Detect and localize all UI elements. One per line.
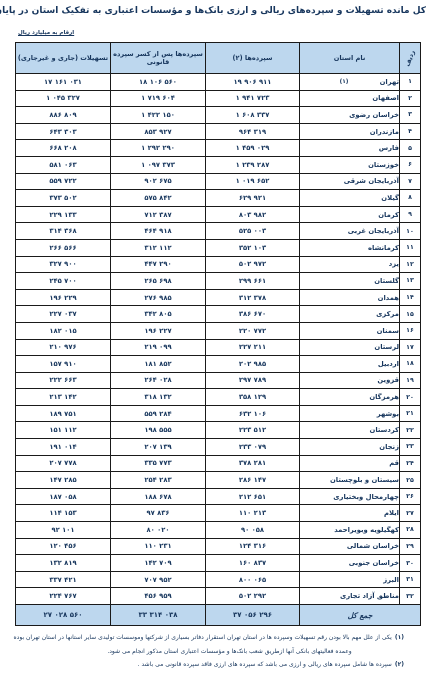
province-name: خوزستان	[368, 161, 399, 169]
facilities-cell: ۱۱۴ ۱۵۳	[16, 505, 111, 522]
province-name: آذربایجان غربی	[348, 227, 399, 235]
province-name: خراسان شمالی	[347, 542, 399, 550]
province-name: خراسان رضوی	[349, 111, 399, 119]
province-name-cell: اصفهان	[300, 90, 400, 107]
footnote-1-marker: (۱)	[395, 634, 404, 641]
deposits-after-cell: ۱۸۱ ۸۵۲	[111, 356, 206, 373]
province-name: فارس	[379, 144, 399, 152]
facilities-cell: ۲۲۷ ۰۳۷	[16, 306, 111, 323]
province-name-cell: کهگیلویه وبویراحمد	[300, 522, 400, 539]
province-name-cell: سیستان و بلوچستان	[300, 472, 400, 489]
deposits-after-cell: ۲۱۹ ۰۹۹	[111, 339, 206, 356]
deposits-cell: ۱ ۶۰۸ ۳۳۷	[206, 107, 300, 124]
deposits-cell: ۲۱۲ ۶۵۱	[206, 488, 300, 505]
province-name: اردبیل	[378, 360, 399, 368]
province-name-cell: تهران(۱)	[300, 74, 400, 91]
facilities-cell: ۳۷۳ ۵۰۲	[16, 190, 111, 207]
province-name-cell: گلستان	[300, 273, 400, 290]
footnotes: (۱)یکی از علل مهم بالا بودن رقم تسهیلات …	[15, 631, 404, 672]
table-row: ۲اصفهان۱ ۹۴۱ ۷۲۳۱ ۷۱۹ ۶۰۴۱ ۰۴۵ ۳۲۷	[16, 90, 421, 107]
deposits-after-cell: ۵۵۹ ۲۸۴	[111, 405, 206, 422]
province-name: خراسان جنوبی	[349, 559, 399, 567]
facilities-cell: ۳۳۷ ۴۲۱	[16, 571, 111, 588]
deposits-cell: ۲۰۲ ۹۸۵	[206, 356, 300, 373]
facilities-cell: ۱۴۷ ۲۸۵	[16, 472, 111, 489]
province-name-cell: همدان	[300, 289, 400, 306]
row-index-cell: ۴	[400, 123, 421, 140]
table-row: ۲۲کردستان۲۲۳ ۵۱۲۱۹۸ ۵۵۵۱۵۱ ۱۱۲	[16, 422, 421, 439]
header-cell-row: ردیف	[400, 43, 421, 74]
deposits-cell: ۲۹۹ ۶۶۱	[206, 273, 300, 290]
row-index-cell: ۱۸	[400, 356, 421, 373]
row-index-cell: ۹	[400, 206, 421, 223]
table-row: ۱۰آذربایجان غربی۵۲۵ ۰۰۳۴۶۴ ۹۱۸۳۱۴ ۳۶۸	[16, 223, 421, 240]
total-deposits-cell: ۳۷ ۰۵۶ ۲۹۶	[206, 605, 300, 626]
row-index-cell: ۲۴	[400, 455, 421, 472]
table-row: ۷آذربایجان شرقی۱ ۰۱۹ ۶۵۲۹۰۲ ۶۷۵۵۵۹ ۷۲۲	[16, 173, 421, 190]
row-index-cell: ۲	[400, 90, 421, 107]
deposits-after-cell: ۱۱۰ ۲۳۱	[111, 538, 206, 555]
facilities-cell: ۲۲۲ ۶۶۳	[16, 372, 111, 389]
row-index-cell: ۲۳	[400, 439, 421, 456]
table-row: ۲۳زنجان۲۳۳ ۰۷۹۲۰۷ ۱۳۹۱۹۱ ۰۱۴	[16, 439, 421, 456]
footnote-1-line-2: وعمده فعالیتهای بانکی آنها ازطریق شعب با…	[15, 645, 404, 659]
row-index-cell: ۱۳	[400, 273, 421, 290]
table-row: ۱۵مرکزی۳۸۶ ۶۷۰۳۴۲ ۸۰۵۲۲۷ ۰۳۷	[16, 306, 421, 323]
facilities-cell: ۲۴۵ ۷۰۰	[16, 273, 111, 290]
row-index-cell: ۲۸	[400, 522, 421, 539]
province-name: مازندران	[370, 128, 399, 136]
province-name-cell: ایلام	[300, 505, 400, 522]
province-name-cell: خوزستان	[300, 156, 400, 173]
province-name-cell: اردبیل	[300, 356, 400, 373]
table-row: ۳۲مناطق آزاد تجاری۵۰۲ ۲۹۲۴۵۶ ۹۵۹۲۲۴ ۷۶۷	[16, 588, 421, 605]
table-body: ۱تهران(۱)۱۹ ۹۰۶ ۹۱۱۱۸ ۱۰۶ ۵۶۰۱۷ ۱۶۱ ۰۳۱۲…	[16, 74, 421, 605]
province-name-cell: خراسان جنوبی	[300, 555, 400, 572]
facilities-cell: ۱ ۰۴۵ ۳۲۷	[16, 90, 111, 107]
table-row: ۲۶چهارمحال وبختیاری۲۱۲ ۶۵۱۱۸۸ ۶۷۸۱۸۷ ۰۵۸	[16, 488, 421, 505]
facilities-cell: ۲۲۹ ۱۳۳	[16, 206, 111, 223]
deposits-after-cell: ۸۰ ۰۲۰	[111, 522, 206, 539]
facilities-cell: ۱۸۲ ۰۱۵	[16, 322, 111, 339]
facilities-cell: ۲۶۶ ۵۶۶	[16, 239, 111, 256]
province-name: اصفهان	[372, 94, 399, 102]
deposits-after-cell: ۲۷۶ ۹۸۵	[111, 289, 206, 306]
row-index-cell: ۱۱	[400, 239, 421, 256]
facilities-cell: ۲۱۳ ۱۴۲	[16, 389, 111, 406]
deposits-cell: ۶۳۲ ۱۰۶	[206, 405, 300, 422]
deposits-after-cell: ۸۵۳ ۹۲۷	[111, 123, 206, 140]
deposits-after-cell: ۳۱۲ ۱۱۲	[111, 239, 206, 256]
facilities-cell: ۱۳۲ ۸۱۹	[16, 555, 111, 572]
facilities-cell: ۶۴۳ ۳۰۳	[16, 123, 111, 140]
header-cell-deposits: سپرده‌ها (۲)	[206, 43, 300, 74]
deposits-after-cell: ۲۰۷ ۱۳۹	[111, 439, 206, 456]
deposits-cell: ۲۳۳ ۰۷۹	[206, 439, 300, 456]
province-name-cell: خراسان شمالی	[300, 538, 400, 555]
table-row: ۱تهران(۱)۱۹ ۹۰۶ ۹۱۱۱۸ ۱۰۶ ۵۶۰۱۷ ۱۶۱ ۰۳۱	[16, 74, 421, 91]
province-name: تهران	[380, 78, 399, 86]
deposits-after-cell: ۱ ۲۹۲ ۲۹۰	[111, 140, 206, 157]
table-row: ۱۲یزد۵۰۲ ۹۷۲۴۴۷ ۲۹۰۳۲۷ ۹۰۰	[16, 256, 421, 273]
deposits-cell: ۲۲۰ ۷۷۲	[206, 322, 300, 339]
province-name-cell: خراسان رضوی	[300, 107, 400, 124]
footnote-1-line-1: (۱)یکی از علل مهم بالا بودن رقم تسهیلات …	[15, 631, 404, 645]
deposits-after-cell: ۱ ۴۲۲ ۱۵۰	[111, 107, 206, 124]
table-row: ۱۸اردبیل۲۰۲ ۹۸۵۱۸۱ ۸۵۲۱۵۷ ۹۱۰	[16, 356, 421, 373]
deposits-cell: ۲۲۳ ۵۱۲	[206, 422, 300, 439]
deposits-cell: ۳۸۶ ۶۷۰	[206, 306, 300, 323]
table-row: ۱۷لرستان۲۲۷ ۲۱۱۲۱۹ ۰۹۹۲۱۰ ۹۷۶	[16, 339, 421, 356]
facilities-cell: ۳۲۷ ۹۰۰	[16, 256, 111, 273]
row-index-cell: ۱۹	[400, 372, 421, 389]
table-row: ۱۶سمنان۲۲۰ ۷۷۲۱۹۶ ۲۲۷۱۸۲ ۰۱۵	[16, 322, 421, 339]
province-name: مناطق آزاد تجاری	[340, 592, 399, 600]
deposits-after-cell: ۲۶۴ ۰۲۸	[111, 372, 206, 389]
row-index-cell: ۳۰	[400, 555, 421, 572]
deposits-after-cell: ۷۰۷ ۹۵۲	[111, 571, 206, 588]
province-name: لرستان	[374, 343, 399, 351]
province-name-cell: آذربایجان شرقی	[300, 173, 400, 190]
table-row: ۳۱البرز۸۰۰ ۰۶۵۷۰۷ ۹۵۲۳۳۷ ۴۲۱	[16, 571, 421, 588]
table-row: ۱۳گلستان۲۹۹ ۶۶۱۲۶۵ ۶۹۸۲۴۵ ۷۰۰	[16, 273, 421, 290]
province-name-cell: مرکزی	[300, 306, 400, 323]
deposits-after-cell: ۲۶۵ ۶۹۸	[111, 273, 206, 290]
deposits-after-cell: ۹۰۲ ۶۷۵	[111, 173, 206, 190]
province-name: سیستان و بلوچستان	[330, 476, 399, 484]
deposits-cell: ۸۰۰ ۰۶۵	[206, 571, 300, 588]
total-row: جمع کل ۳۷ ۰۵۶ ۲۹۶ ۳۳ ۳۱۴ ۰۳۸ ۲۷ ۰۲۸ ۵۶۰	[16, 605, 421, 626]
deposits-cell: ۱۶۰ ۸۳۷	[206, 555, 300, 572]
footnote-2-marker: (۲)	[395, 661, 404, 668]
row-index-cell: ۲۱	[400, 405, 421, 422]
deposits-cell: ۱ ۲۳۹ ۲۸۷	[206, 156, 300, 173]
province-name-cell: آذربایجان غربی	[300, 223, 400, 240]
row-index-cell: ۱۶	[400, 322, 421, 339]
row-index-cell: ۶	[400, 156, 421, 173]
header-cell-facilities: تسهیلات (جاری و غیرجاری)	[16, 43, 111, 74]
deposits-after-cell: ۱۸ ۱۰۶ ۵۶۰	[111, 74, 206, 91]
province-name-cell: مازندران	[300, 123, 400, 140]
province-name: همدان	[378, 294, 399, 302]
table-row: ۹کرمان۸۰۳ ۹۸۲۷۱۲ ۳۸۷۲۲۹ ۱۳۳	[16, 206, 421, 223]
province-name-cell: بوشهر	[300, 405, 400, 422]
facilities-cell: ۱۲۰ ۴۵۶	[16, 538, 111, 555]
facilities-cell: ۲۱۰ ۹۷۶	[16, 339, 111, 356]
deposits-after-cell: ۱ ۷۱۹ ۶۰۴	[111, 90, 206, 107]
deposits-cell: ۳۵۸ ۱۲۹	[206, 389, 300, 406]
deposits-cell: ۶۲۹ ۹۲۱	[206, 190, 300, 207]
deposits-after-cell: ۳۳۵ ۷۷۳	[111, 455, 206, 472]
facilities-cell: ۸۸۶ ۸۰۹	[16, 107, 111, 124]
table-row: ۱۹قزوین۲۹۷ ۷۸۹۲۶۴ ۰۲۸۲۲۲ ۶۶۳	[16, 372, 421, 389]
deposits-cell: ۸۰۳ ۹۸۲	[206, 206, 300, 223]
total-deposits-after-cell: ۳۳ ۳۱۴ ۰۳۸	[111, 605, 206, 626]
deposits-after-cell: ۱۴۲ ۷۰۹	[111, 555, 206, 572]
table-row: ۲۵سیستان و بلوچستان۲۸۶ ۱۴۷۲۵۴ ۲۸۳۱۴۷ ۲۸۵	[16, 472, 421, 489]
header-cell-deposits-after-reserve: سپرده‌ها پس از کسر سپرده قانونی	[111, 43, 206, 74]
province-name: چهارمحال وبختیاری	[333, 493, 399, 501]
row-index-cell: ۱۷	[400, 339, 421, 356]
row-index-cell: ۱۰	[400, 223, 421, 240]
header-row: ردیف نام استان سپرده‌ها (۲) سپرده‌ها پس …	[16, 43, 421, 74]
table-row: ۳خراسان رضوی۱ ۶۰۸ ۳۳۷۱ ۴۲۲ ۱۵۰۸۸۶ ۸۰۹	[16, 107, 421, 124]
province-name: آذربایجان شرقی	[344, 177, 399, 185]
province-name: یزد	[389, 260, 399, 268]
table-row: ۵فارس۱ ۴۵۹ ۰۲۹۱ ۲۹۲ ۲۹۰۶۶۸ ۲۰۸	[16, 140, 421, 157]
deposits-cell: ۹۰ ۰۵۸	[206, 522, 300, 539]
deposits-after-cell: ۱۹۸ ۵۵۵	[111, 422, 206, 439]
provinces-table: ردیف نام استان سپرده‌ها (۲) سپرده‌ها پس …	[15, 42, 421, 626]
table-row: ۲۴قم۳۷۸ ۲۸۱۳۳۵ ۷۷۳۲۰۷ ۷۷۸	[16, 455, 421, 472]
deposits-cell: ۵۰۲ ۲۹۲	[206, 588, 300, 605]
facilities-cell: ۱۵۷ ۹۱۰	[16, 356, 111, 373]
row-index-cell: ۱۴	[400, 289, 421, 306]
province-name-cell: لرستان	[300, 339, 400, 356]
table-row: ۴مازندران۹۶۴ ۳۱۹۸۵۳ ۹۲۷۶۴۳ ۳۰۳	[16, 123, 421, 140]
province-name: هرمزگان	[369, 393, 399, 401]
deposits-after-cell: ۴۴۷ ۲۹۰	[111, 256, 206, 273]
deposits-cell: ۱ ۹۴۱ ۷۲۳	[206, 90, 300, 107]
province-name-cell: قزوین	[300, 372, 400, 389]
province-name-cell: قم	[300, 455, 400, 472]
province-name: سمنان	[377, 327, 399, 335]
deposits-after-cell: ۳۴۲ ۸۰۵	[111, 306, 206, 323]
province-name: کرمانشاه	[368, 244, 399, 252]
footnote-2-line: (۲)سپرده ها شامل سپرده های ریالی و ارزی …	[15, 658, 404, 672]
table-row: ۲۰هرمزگان۳۵۸ ۱۲۹۳۱۸ ۱۳۲۲۱۳ ۱۴۲	[16, 389, 421, 406]
row-index-cell: ۲۷	[400, 505, 421, 522]
deposits-cell: ۹۶۴ ۳۱۹	[206, 123, 300, 140]
facilities-cell: ۲۲۴ ۷۶۷	[16, 588, 111, 605]
deposits-cell: ۱ ۴۵۹ ۰۲۹	[206, 140, 300, 157]
deposits-after-cell: ۷۱۲ ۳۸۷	[111, 206, 206, 223]
facilities-cell: ۲۰۷ ۷۷۸	[16, 455, 111, 472]
table-row: ۲۱بوشهر۶۳۲ ۱۰۶۵۵۹ ۲۸۴۱۸۹ ۷۵۱	[16, 405, 421, 422]
unit-note: ارقام به میلیارد ریال	[18, 30, 74, 36]
province-name-cell: چهارمحال وبختیاری	[300, 488, 400, 505]
province-name: ایلام	[384, 509, 399, 517]
row-index-cell: ۲۹	[400, 538, 421, 555]
deposits-after-cell: ۵۷۵ ۸۴۲	[111, 190, 206, 207]
deposits-cell: ۲۲۷ ۲۱۱	[206, 339, 300, 356]
row-index-cell: ۱	[400, 74, 421, 91]
facilities-cell: ۹۲ ۱۰۱	[16, 522, 111, 539]
row-index-cell: ۳۱	[400, 571, 421, 588]
province-name-cell: فارس	[300, 140, 400, 157]
facilities-cell: ۵۸۱ ۰۶۳	[16, 156, 111, 173]
facilities-cell: ۱۹۶ ۲۲۹	[16, 289, 111, 306]
deposits-after-cell: ۴۶۴ ۹۱۸	[111, 223, 206, 240]
deposits-after-cell: ۴۵۶ ۹۵۹	[111, 588, 206, 605]
table-row: ۳۰خراسان جنوبی۱۶۰ ۸۳۷۱۴۲ ۷۰۹۱۳۲ ۸۱۹	[16, 555, 421, 572]
province-name-cell: زنجان	[300, 439, 400, 456]
footnote-2-text: سپرده ها شامل سپرده های ریالی و ارزی می …	[138, 661, 392, 668]
province-name: بوشهر	[377, 410, 399, 418]
page-title: کل مانده تسهیلات و سپرده‌های ریالی و ارز…	[0, 6, 426, 16]
row-index-cell: ۳۲	[400, 588, 421, 605]
table-row: ۶خوزستان۱ ۲۳۹ ۲۸۷۱ ۰۹۷ ۳۷۳۵۸۱ ۰۶۳	[16, 156, 421, 173]
deposits-cell: ۱ ۰۱۹ ۶۵۲	[206, 173, 300, 190]
province-name: قزوین	[377, 376, 399, 384]
province-name-cell: کرمان	[300, 206, 400, 223]
deposits-cell: ۳۱۲ ۳۷۸	[206, 289, 300, 306]
province-name-cell: سمنان	[300, 322, 400, 339]
header-cell-province: نام استان	[300, 43, 400, 74]
facilities-cell: ۱۹۱ ۰۱۴	[16, 439, 111, 456]
document-page: کل مانده تسهیلات و سپرده‌های ریالی و ارز…	[0, 0, 426, 677]
province-name: گلستان	[374, 277, 399, 285]
deposits-cell: ۳۵۲ ۱۰۳	[206, 239, 300, 256]
province-name: کرمان	[378, 211, 399, 219]
deposits-after-cell: ۱۹۶ ۲۲۷	[111, 322, 206, 339]
table-row: ۲۸کهگیلویه وبویراحمد۹۰ ۰۵۸۸۰ ۰۲۰۹۲ ۱۰۱	[16, 522, 421, 539]
province-name-cell: مناطق آزاد تجاری	[300, 588, 400, 605]
province-name-cell: گیلان	[300, 190, 400, 207]
deposits-cell: ۱۲۴ ۳۱۶	[206, 538, 300, 555]
row-index-cell: ۸	[400, 190, 421, 207]
deposits-cell: ۳۷۸ ۲۸۱	[206, 455, 300, 472]
province-name-cell: یزد	[300, 256, 400, 273]
deposits-after-cell: ۱۸۸ ۶۷۸	[111, 488, 206, 505]
row-index-cell: ۷	[400, 173, 421, 190]
province-name: کردستان	[370, 426, 399, 434]
facilities-cell: ۱۸۹ ۷۵۱	[16, 405, 111, 422]
province-name: زنجان	[379, 443, 399, 451]
province-name-cell: کرمانشاه	[300, 239, 400, 256]
facilities-cell: ۱۸۷ ۰۵۸	[16, 488, 111, 505]
row-index-cell: ۲۲	[400, 422, 421, 439]
province-name-cell: هرمزگان	[300, 389, 400, 406]
row-index-cell: ۲۰	[400, 389, 421, 406]
province-name: کهگیلویه وبویراحمد	[334, 526, 399, 534]
deposits-cell: ۱۱۰ ۲۱۳	[206, 505, 300, 522]
facilities-cell: ۳۱۴ ۳۶۸	[16, 223, 111, 240]
deposits-after-cell: ۹۷ ۸۳۶	[111, 505, 206, 522]
province-name-cell: کردستان	[300, 422, 400, 439]
province-name: گیلان	[381, 194, 399, 202]
deposits-after-cell: ۳۱۸ ۱۳۲	[111, 389, 206, 406]
deposits-after-cell: ۱ ۰۹۷ ۳۷۳	[111, 156, 206, 173]
deposits-cell: ۲۸۶ ۱۴۷	[206, 472, 300, 489]
total-facilities-cell: ۲۷ ۰۲۸ ۵۶۰	[16, 605, 111, 626]
deposits-after-cell: ۲۵۴ ۲۸۳	[111, 472, 206, 489]
facilities-cell: ۱۵۱ ۱۱۲	[16, 422, 111, 439]
facilities-cell: ۵۵۹ ۷۲۲	[16, 173, 111, 190]
footnote-ref-marker: (۱)	[340, 79, 349, 85]
deposits-cell: ۱۹ ۹۰۶ ۹۱۱	[206, 74, 300, 91]
row-index-cell: ۱۵	[400, 306, 421, 323]
total-label-cell: جمع کل	[300, 605, 421, 626]
row-index-cell: ۳	[400, 107, 421, 124]
row-index-cell: ۱۲	[400, 256, 421, 273]
province-name-cell: البرز	[300, 571, 400, 588]
province-name: مرکزی	[376, 310, 399, 318]
row-index-cell: ۲۶	[400, 488, 421, 505]
deposits-cell: ۲۹۷ ۷۸۹	[206, 372, 300, 389]
deposits-cell: ۵۲۵ ۰۰۳	[206, 223, 300, 240]
table-row: ۲۹خراسان شمالی۱۲۴ ۳۱۶۱۱۰ ۲۳۱۱۲۰ ۴۵۶	[16, 538, 421, 555]
table-row: ۱۴همدان۳۱۲ ۳۷۸۲۷۶ ۹۸۵۱۹۶ ۲۲۹	[16, 289, 421, 306]
table-row: ۱۱کرمانشاه۳۵۲ ۱۰۳۳۱۲ ۱۱۲۲۶۶ ۵۶۶	[16, 239, 421, 256]
table-row: ۸گیلان۶۲۹ ۹۲۱۵۷۵ ۸۴۲۳۷۳ ۵۰۲	[16, 190, 421, 207]
row-index-cell: ۲۵	[400, 472, 421, 489]
deposits-cell: ۵۰۲ ۹۷۲	[206, 256, 300, 273]
table-row: ۲۷ایلام۱۱۰ ۲۱۳۹۷ ۸۳۶۱۱۴ ۱۵۳	[16, 505, 421, 522]
facilities-cell: ۱۷ ۱۶۱ ۰۳۱	[16, 74, 111, 91]
province-name: قم	[389, 459, 399, 467]
facilities-cell: ۶۶۸ ۲۰۸	[16, 140, 111, 157]
row-index-cell: ۵	[400, 140, 421, 157]
province-name: البرز	[383, 576, 399, 584]
footnote-1-text: یکی از علل مهم بالا بودن رقم تسهیلات وسپ…	[14, 634, 392, 641]
